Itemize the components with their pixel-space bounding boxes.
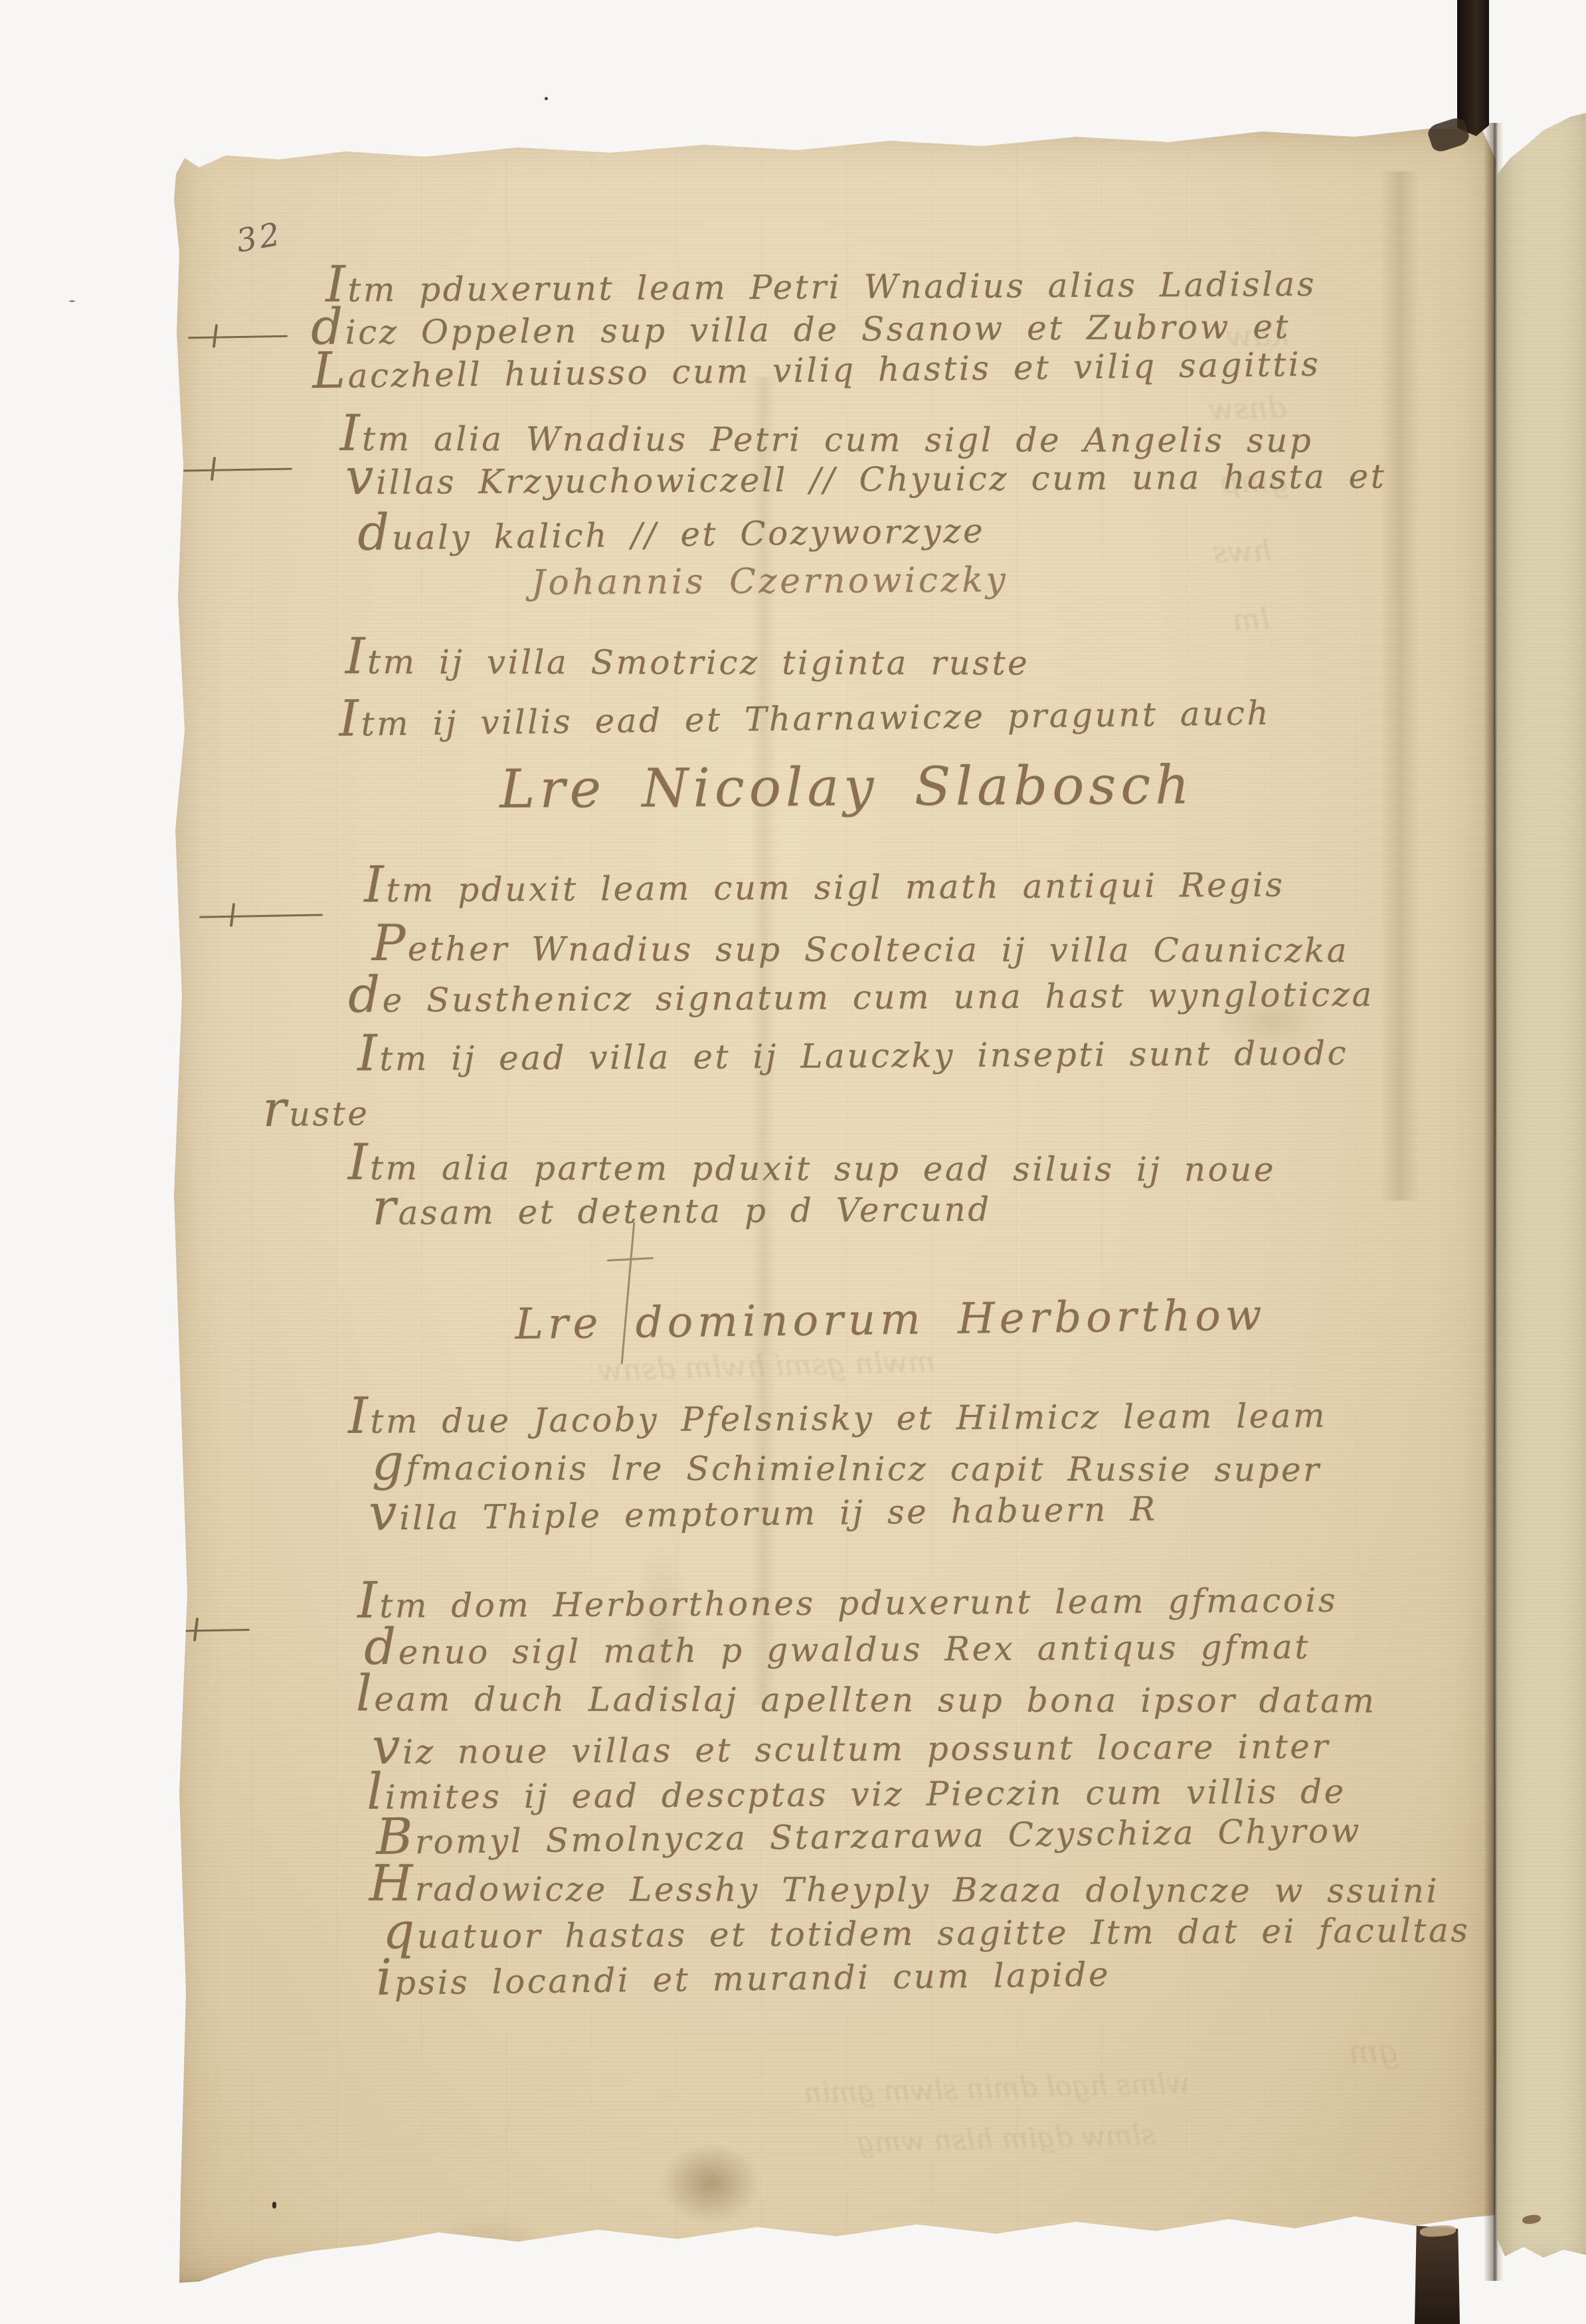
text-line: Itm ij villis ead et Tharnawicze pragunt… <box>339 687 1271 744</box>
margin-cross-mark <box>175 1620 250 1644</box>
bleedthrough-text: slmw dgim hlsn wmg <box>856 2118 1156 2159</box>
flourish-stem <box>621 1222 636 1364</box>
text-line: denuo sigl math p gwaldus Rex antiqus gf… <box>364 1621 1310 1672</box>
section-heading: Johannis Czernowiczky <box>531 560 1008 603</box>
text-line: de Susthenicz signatum cum una hast wyng… <box>348 969 1374 1020</box>
text-line: leam duch Ladislaj apellten sup bona ips… <box>356 1673 1377 1720</box>
text-line: rasam et detenta p d Vercund <box>372 1183 992 1232</box>
bleedthrough-text: kaw <box>1225 317 1289 354</box>
bookmark-ribbon <box>1457 0 1489 136</box>
facing-page-edge <box>1497 105 1586 2263</box>
text-line: ruste <box>262 1088 370 1134</box>
text-line: villa Thiple emptorum ij se habuern R <box>369 1483 1158 1537</box>
page-number: 32 <box>234 215 286 260</box>
bleedthrough-text: dnsw <box>1208 390 1286 426</box>
text-line: dualy kalich // et Cozyworzyze <box>357 505 986 558</box>
text-line: ipsis locandi et murandi cum lapide <box>376 1948 1110 2003</box>
bleedthrough-text: gmp <box>1220 463 1289 501</box>
bleedthrough-text: hws <box>1212 535 1272 570</box>
scanner-background: 32 Itm pduxerunt leam Petri Wnadius alia… <box>0 0 1586 2324</box>
ink-stain <box>661 2143 760 2223</box>
text-line: Itm due Jacoby Pfelsnisky et Hilmicz lea… <box>348 1390 1327 1441</box>
text-line: gfmacionis lre Schimielnicz capit Russie… <box>372 1442 1322 1489</box>
cross-hbar <box>188 335 288 339</box>
dust-speck <box>69 300 75 302</box>
cross-hbar <box>175 1629 250 1632</box>
text-line: Pether Wnadius sup Scoltecia ij villa Ca… <box>372 923 1349 970</box>
text-line: Itm ij villa Smotricz tiginta ruste <box>345 636 1029 683</box>
paper-texture <box>1497 105 1586 2263</box>
bleedthrough-text: wlms hgol dmin slwm gmin <box>803 2066 1190 2109</box>
text-line: viz noue villas et scultum possunt locar… <box>372 1720 1330 1772</box>
cross-hbar <box>183 468 292 472</box>
manuscript-page: 32 Itm pduxerunt leam Petri Wnadius alia… <box>166 125 1498 2283</box>
margin-cross-mark <box>199 906 323 930</box>
margin-cross-mark <box>188 327 288 351</box>
descender-cross-flourish <box>607 1222 654 1365</box>
text-line: Itm ij ead villa et ij Lauczky insepti s… <box>357 1027 1348 1078</box>
dust-speck <box>272 2202 276 2208</box>
dust-speck <box>545 97 548 100</box>
bleedthrough-text: gm <box>1348 2033 1399 2071</box>
margin-cross-mark <box>183 459 292 483</box>
binding-strip <box>1415 2226 1460 2324</box>
text-line: Hradowicze Lesshy Theyply Bzaza dolyncze… <box>369 1863 1439 1910</box>
text-line: Itm dom Herborthones pduxerunt leam gfma… <box>357 1574 1338 1625</box>
cross-hbar <box>199 914 323 918</box>
text-line: quatuor hastas et totidem sagitte Itm da… <box>383 1904 1470 1956</box>
text-line: Itm alia partem pduxit sup ead siluis ij… <box>348 1142 1276 1189</box>
paper-crease <box>1380 171 1420 1201</box>
text-line: Itm pduxit leam cum sigl math antiqui Re… <box>364 859 1285 910</box>
paper-stain <box>418 2210 551 2303</box>
bleedthrough-text: lm <box>1232 602 1270 637</box>
section-heading: Lre Nicolay Slabosch <box>499 754 1194 820</box>
